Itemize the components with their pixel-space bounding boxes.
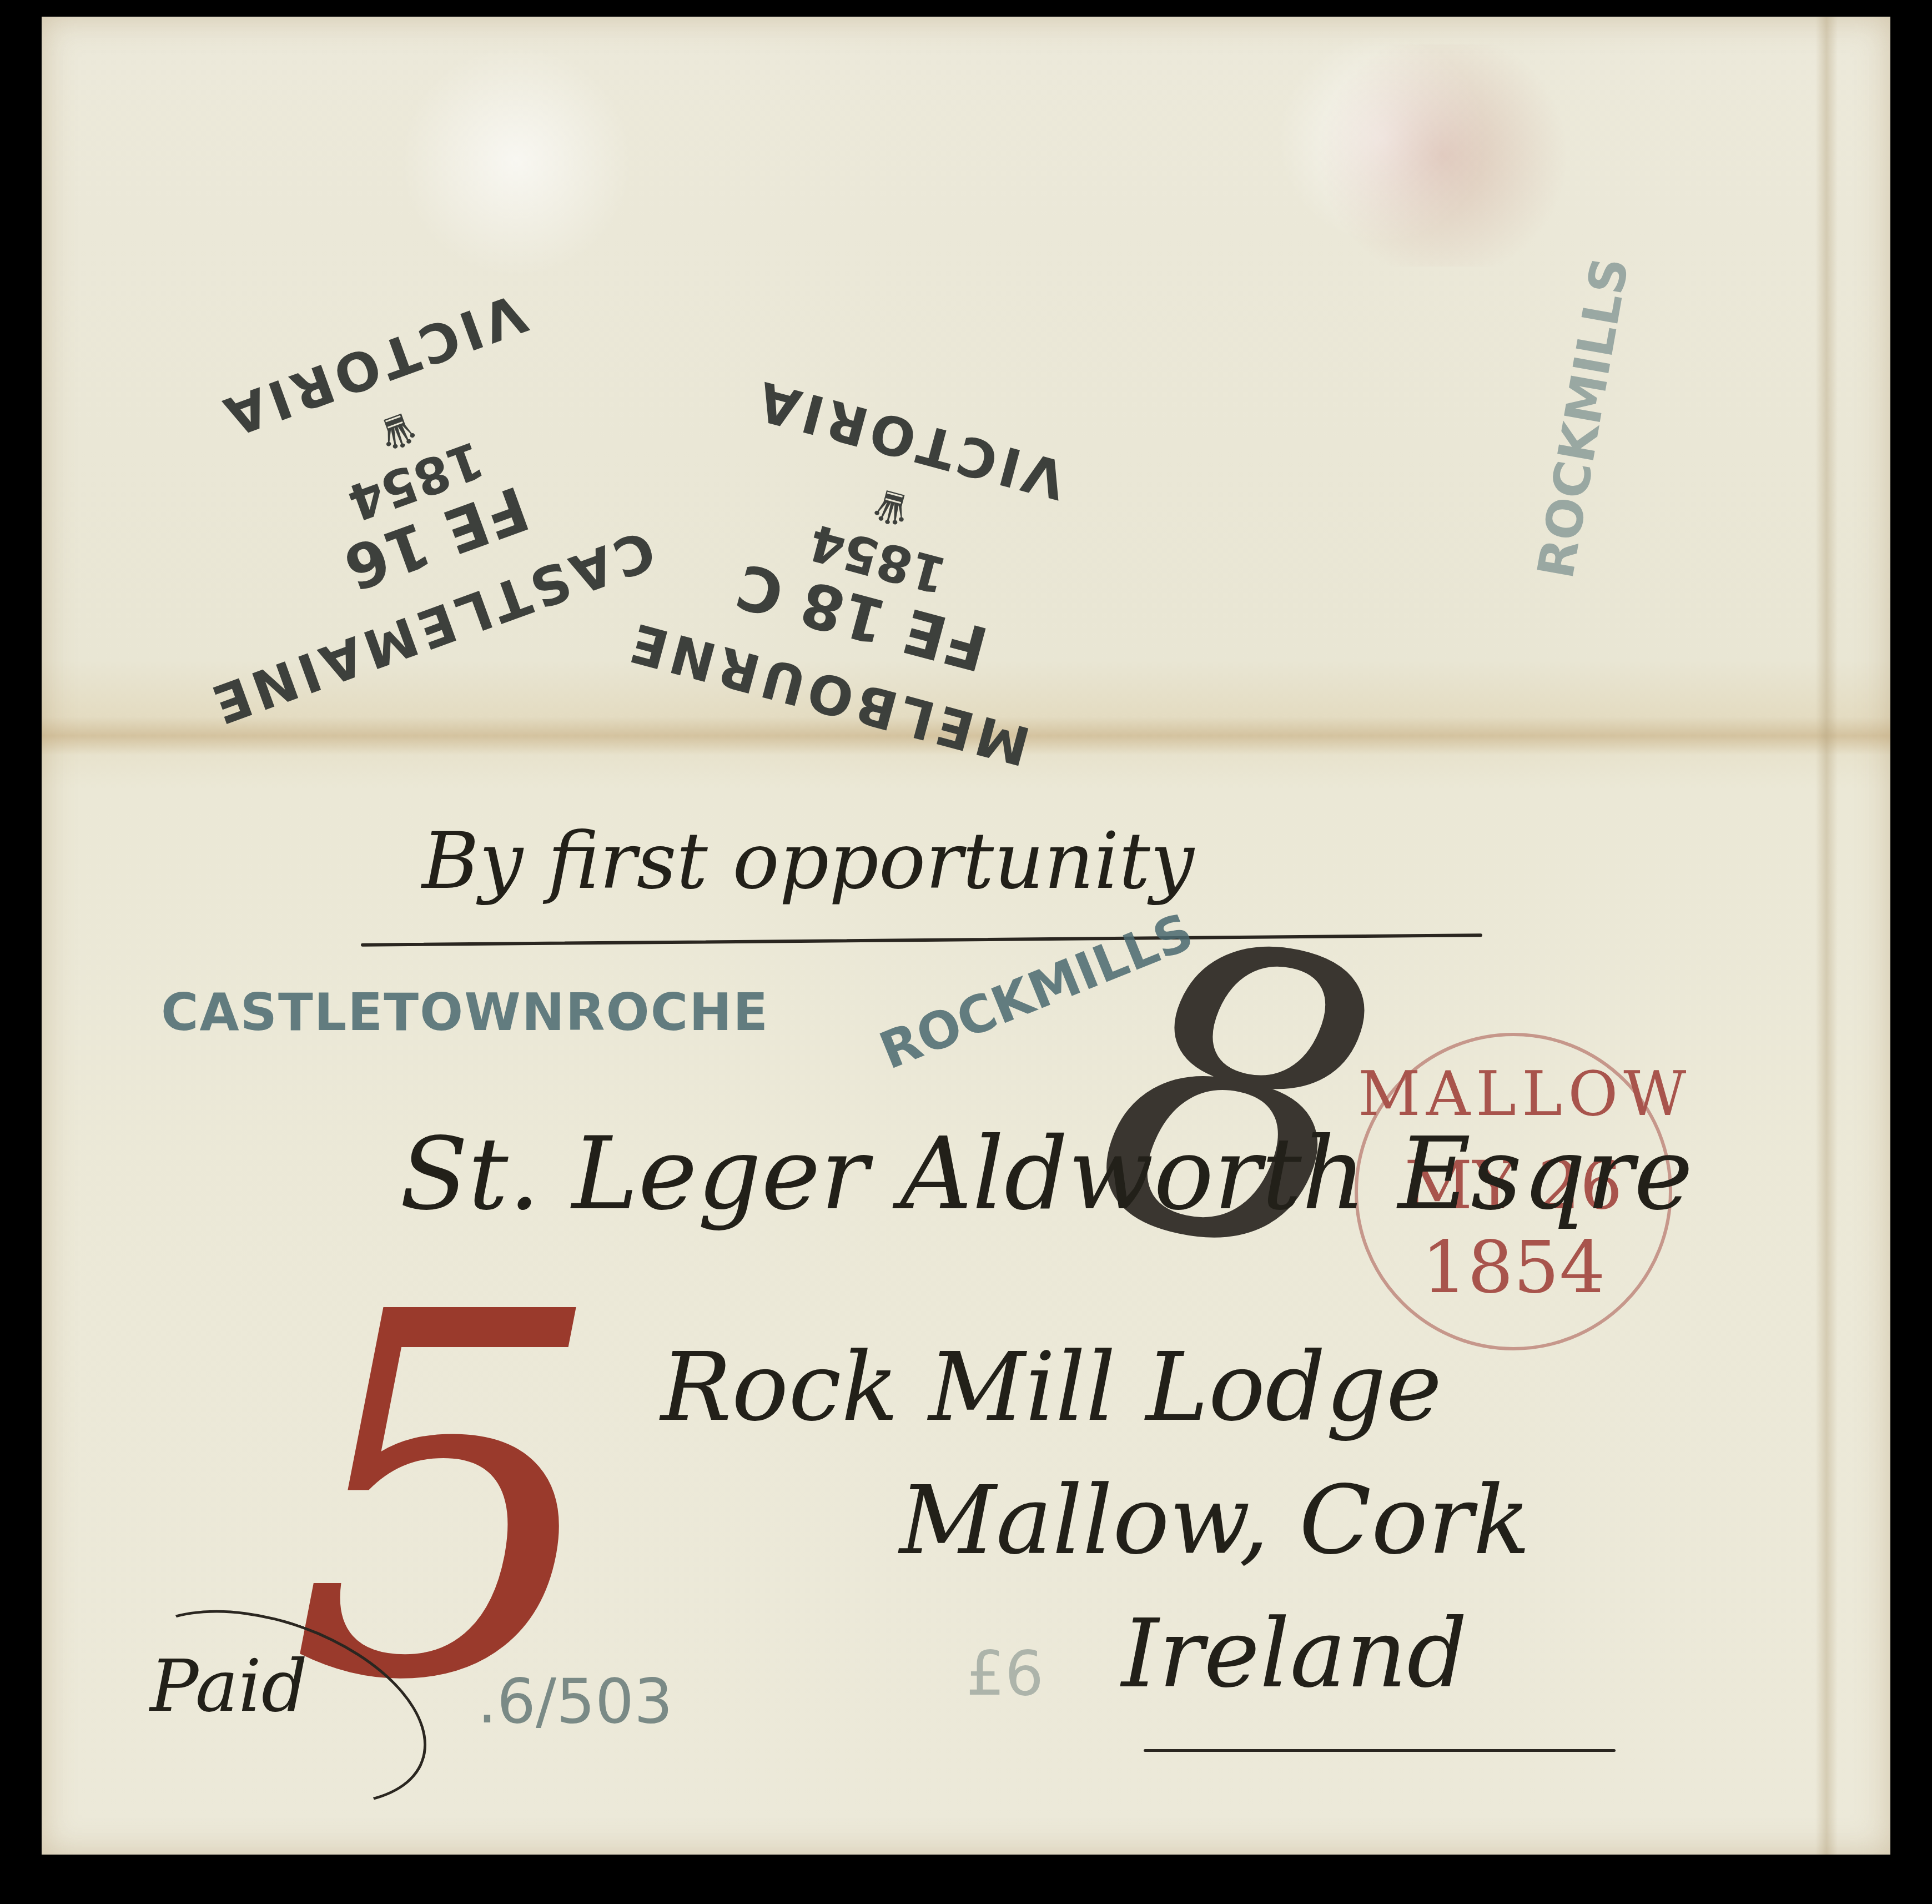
address-line-2: Rock Mill Lodge bbox=[661, 1333, 1442, 1443]
vertical-fold bbox=[1815, 17, 1838, 1855]
paid-mark: Paid bbox=[150, 1644, 308, 1728]
address-underline bbox=[1144, 1749, 1616, 1752]
pencil-price: £6 bbox=[966, 1638, 1044, 1709]
faint-red-postmark bbox=[1305, 44, 1582, 267]
address-line-4: Ireland bbox=[1121, 1599, 1467, 1709]
castletownroche-handstamp: CASTLETOWNROCHE bbox=[161, 983, 769, 1042]
pencil-reference: .6/503 bbox=[477, 1666, 673, 1737]
address-line-3: Mallow, Cork bbox=[899, 1466, 1531, 1576]
embossed-seal-left bbox=[400, 44, 633, 278]
mallow-year: 1854 bbox=[1358, 1225, 1669, 1309]
endorsement: By first opportunity bbox=[422, 816, 1194, 907]
